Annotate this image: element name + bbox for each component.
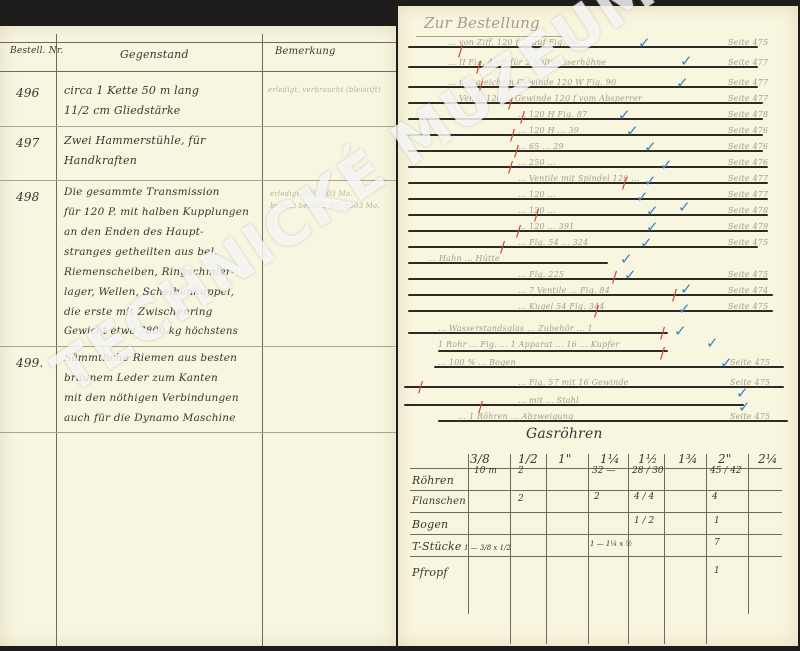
blue-check-icon: ✓ — [678, 300, 691, 318]
row-label-t-stuecke: T-Stücke — [412, 540, 462, 553]
red-mark-icon: / — [520, 108, 525, 126]
entry-499-line-4: auch für die Dynamo Maschine — [64, 412, 236, 424]
row-rule — [0, 180, 396, 181]
entry-499-line-3: mit den nöthigen Verbindungen — [64, 392, 239, 404]
blue-check-icon: ✓ — [626, 122, 639, 140]
blue-check-icon: ✓ — [680, 52, 693, 70]
header-remark: Bemerkung — [275, 46, 336, 57]
blue-check-icon: ✓ — [640, 234, 653, 252]
cell-roehren-2: 45 / 42 — [710, 466, 742, 476]
cell-flanschen-1-1-2: 4 / 4 — [634, 492, 654, 502]
entry-498-line-7: die erste mit Zwischenring — [64, 306, 213, 318]
entry-498-line-4: stranges getheilten aus bel. — [64, 246, 218, 258]
blue-check-icon: ✓ — [678, 198, 691, 216]
table-col — [628, 454, 629, 644]
entry-498-line-2: für 120 P. mit halben Kupplungen — [64, 206, 249, 218]
size-header: 1½ — [638, 452, 658, 466]
entry-498-line-3: an den Enden des Haupt- — [64, 226, 204, 238]
red-mark-icon: / — [660, 344, 665, 362]
red-mark-icon: / — [476, 58, 481, 76]
entry-498-line-1: Die gesammte Transmission — [64, 186, 220, 198]
blue-check-icon: ✓ — [676, 74, 689, 92]
row-label-pfropf: Pfropf — [412, 566, 448, 579]
cell-roehren-1-1-2: 28 / 30 — [632, 466, 664, 476]
entry-498-line-6: lager, Wellen, Scheibenkuppel, — [64, 286, 234, 298]
cell-roehren-1-1-4: 32 — — [592, 466, 615, 476]
right-page-title: Zur Bestellung — [424, 14, 540, 32]
cell-pfropf-2: 1 — [714, 566, 720, 576]
table-rule — [410, 490, 782, 491]
table-col — [468, 454, 469, 614]
blue-check-icon: ✓ — [624, 266, 637, 284]
cell-t-stuecke-3-8: 1 — 3/8 x 1/2 — [464, 544, 511, 552]
entry-497-line-2: Handkraften — [64, 154, 137, 167]
entry-499-number: 499. — [16, 356, 44, 370]
blue-check-icon: ✓ — [720, 354, 733, 372]
entry-498-line-5: Riemenscheiben, Ringschmier- — [64, 266, 235, 278]
gas-pipes-title: Gasröhren — [526, 426, 603, 442]
row-label-flanschen: Flanschen — [412, 496, 466, 507]
red-mark-icon: / — [508, 158, 513, 176]
entry-496-line-1: circa 1 Kette 50 m lang — [64, 84, 199, 97]
size-header: 1¼ — [600, 452, 620, 466]
table-col — [588, 454, 589, 644]
table-col — [664, 454, 665, 644]
blue-check-icon: ✓ — [674, 322, 687, 340]
cell-flanschen-1-1-4: 2 — [594, 492, 600, 502]
header-top-rule — [0, 42, 396, 43]
size-header: 1¾ — [678, 452, 698, 466]
size-header: 1/2 — [518, 452, 538, 466]
blue-check-icon: ✓ — [680, 280, 693, 298]
table-col — [748, 454, 749, 614]
cell-flanschen-1-2: 2 — [518, 494, 524, 504]
row-label-roehren: Röhren — [412, 474, 454, 487]
table-col — [546, 454, 547, 644]
cell-bogen-2: 1 — [714, 516, 720, 526]
red-mark-icon: / — [418, 378, 423, 396]
header-bottom-rule — [0, 71, 396, 72]
red-mark-icon: / — [508, 94, 513, 112]
red-mark-icon: / — [500, 238, 505, 256]
entry-498-line-8: Gewicht etwa 7800 kg höchstens — [64, 326, 238, 337]
entry-498-number: 498 — [16, 190, 40, 204]
entry-496-line-2: 11/2 cm Gliedstärke — [64, 104, 181, 117]
blue-check-icon: ✓ — [706, 334, 719, 352]
blue-check-icon: ✓ — [644, 138, 657, 156]
blue-check-icon: ✓ — [660, 156, 673, 174]
entry-498-remark-1: erledigt 8/II 1903 Ma. — [270, 190, 353, 198]
entry-497-number: 497 — [16, 136, 40, 150]
red-mark-icon: / — [612, 268, 617, 286]
table-col — [706, 454, 707, 644]
red-mark-icon: / — [594, 302, 599, 320]
red-mark-icon: / — [660, 324, 665, 342]
header-order-no: Bestell. Nr. — [10, 46, 63, 56]
red-mark-icon: / — [622, 174, 627, 192]
cell-t-stuecke-1-1-4: 1 — 1¼ x ½ — [590, 540, 632, 548]
cell-bogen-1-1-2: 1 / 2 — [634, 516, 654, 526]
entry-497-line-1: Zwei Hammerstühle, für — [64, 134, 205, 147]
cell-t-stuecke-2: 7 — [714, 538, 720, 548]
entry-498-remark-2: bereits bestellt 8/II 1903 Ma. — [270, 202, 380, 210]
entry-499-line-1: Sämmtliche Riemen aus besten — [64, 352, 237, 364]
entry-496-number: 496 — [16, 86, 40, 100]
entry-496-remark: erledigt, verbraucht (bleistift) — [268, 86, 381, 94]
cell-flanschen-2: 4 — [712, 492, 718, 502]
cell-roehren-3-8: 10 m — [474, 466, 497, 476]
size-header: 1" — [558, 452, 572, 466]
cell-roehren-1-2: 2 — [518, 466, 524, 476]
size-header: 2" — [718, 452, 732, 466]
title-underline — [416, 36, 566, 37]
table-rule — [410, 534, 782, 535]
row-rule — [0, 126, 396, 127]
blue-check-icon: ✓ — [638, 34, 651, 52]
table-rule — [410, 512, 782, 513]
header-item: Gegenstand — [120, 48, 189, 61]
red-mark-icon: / — [672, 286, 677, 304]
row-label-bogen: Bogen — [412, 518, 448, 531]
row-rule — [0, 346, 396, 347]
size-header: 3/8 — [470, 452, 490, 466]
row-rule — [0, 432, 396, 433]
size-header: 2¼ — [758, 452, 778, 466]
entry-499-line-2: braunem Leder zum Kanten — [64, 372, 218, 384]
left-page-ledger: Bestell. Nr. Gegenstand Bemerkung 496 ci… — [0, 26, 396, 646]
right-page-order-list: Zur Bestellung ... von Ziff. 120 f ... a… — [398, 6, 798, 646]
table-rule — [410, 556, 782, 557]
